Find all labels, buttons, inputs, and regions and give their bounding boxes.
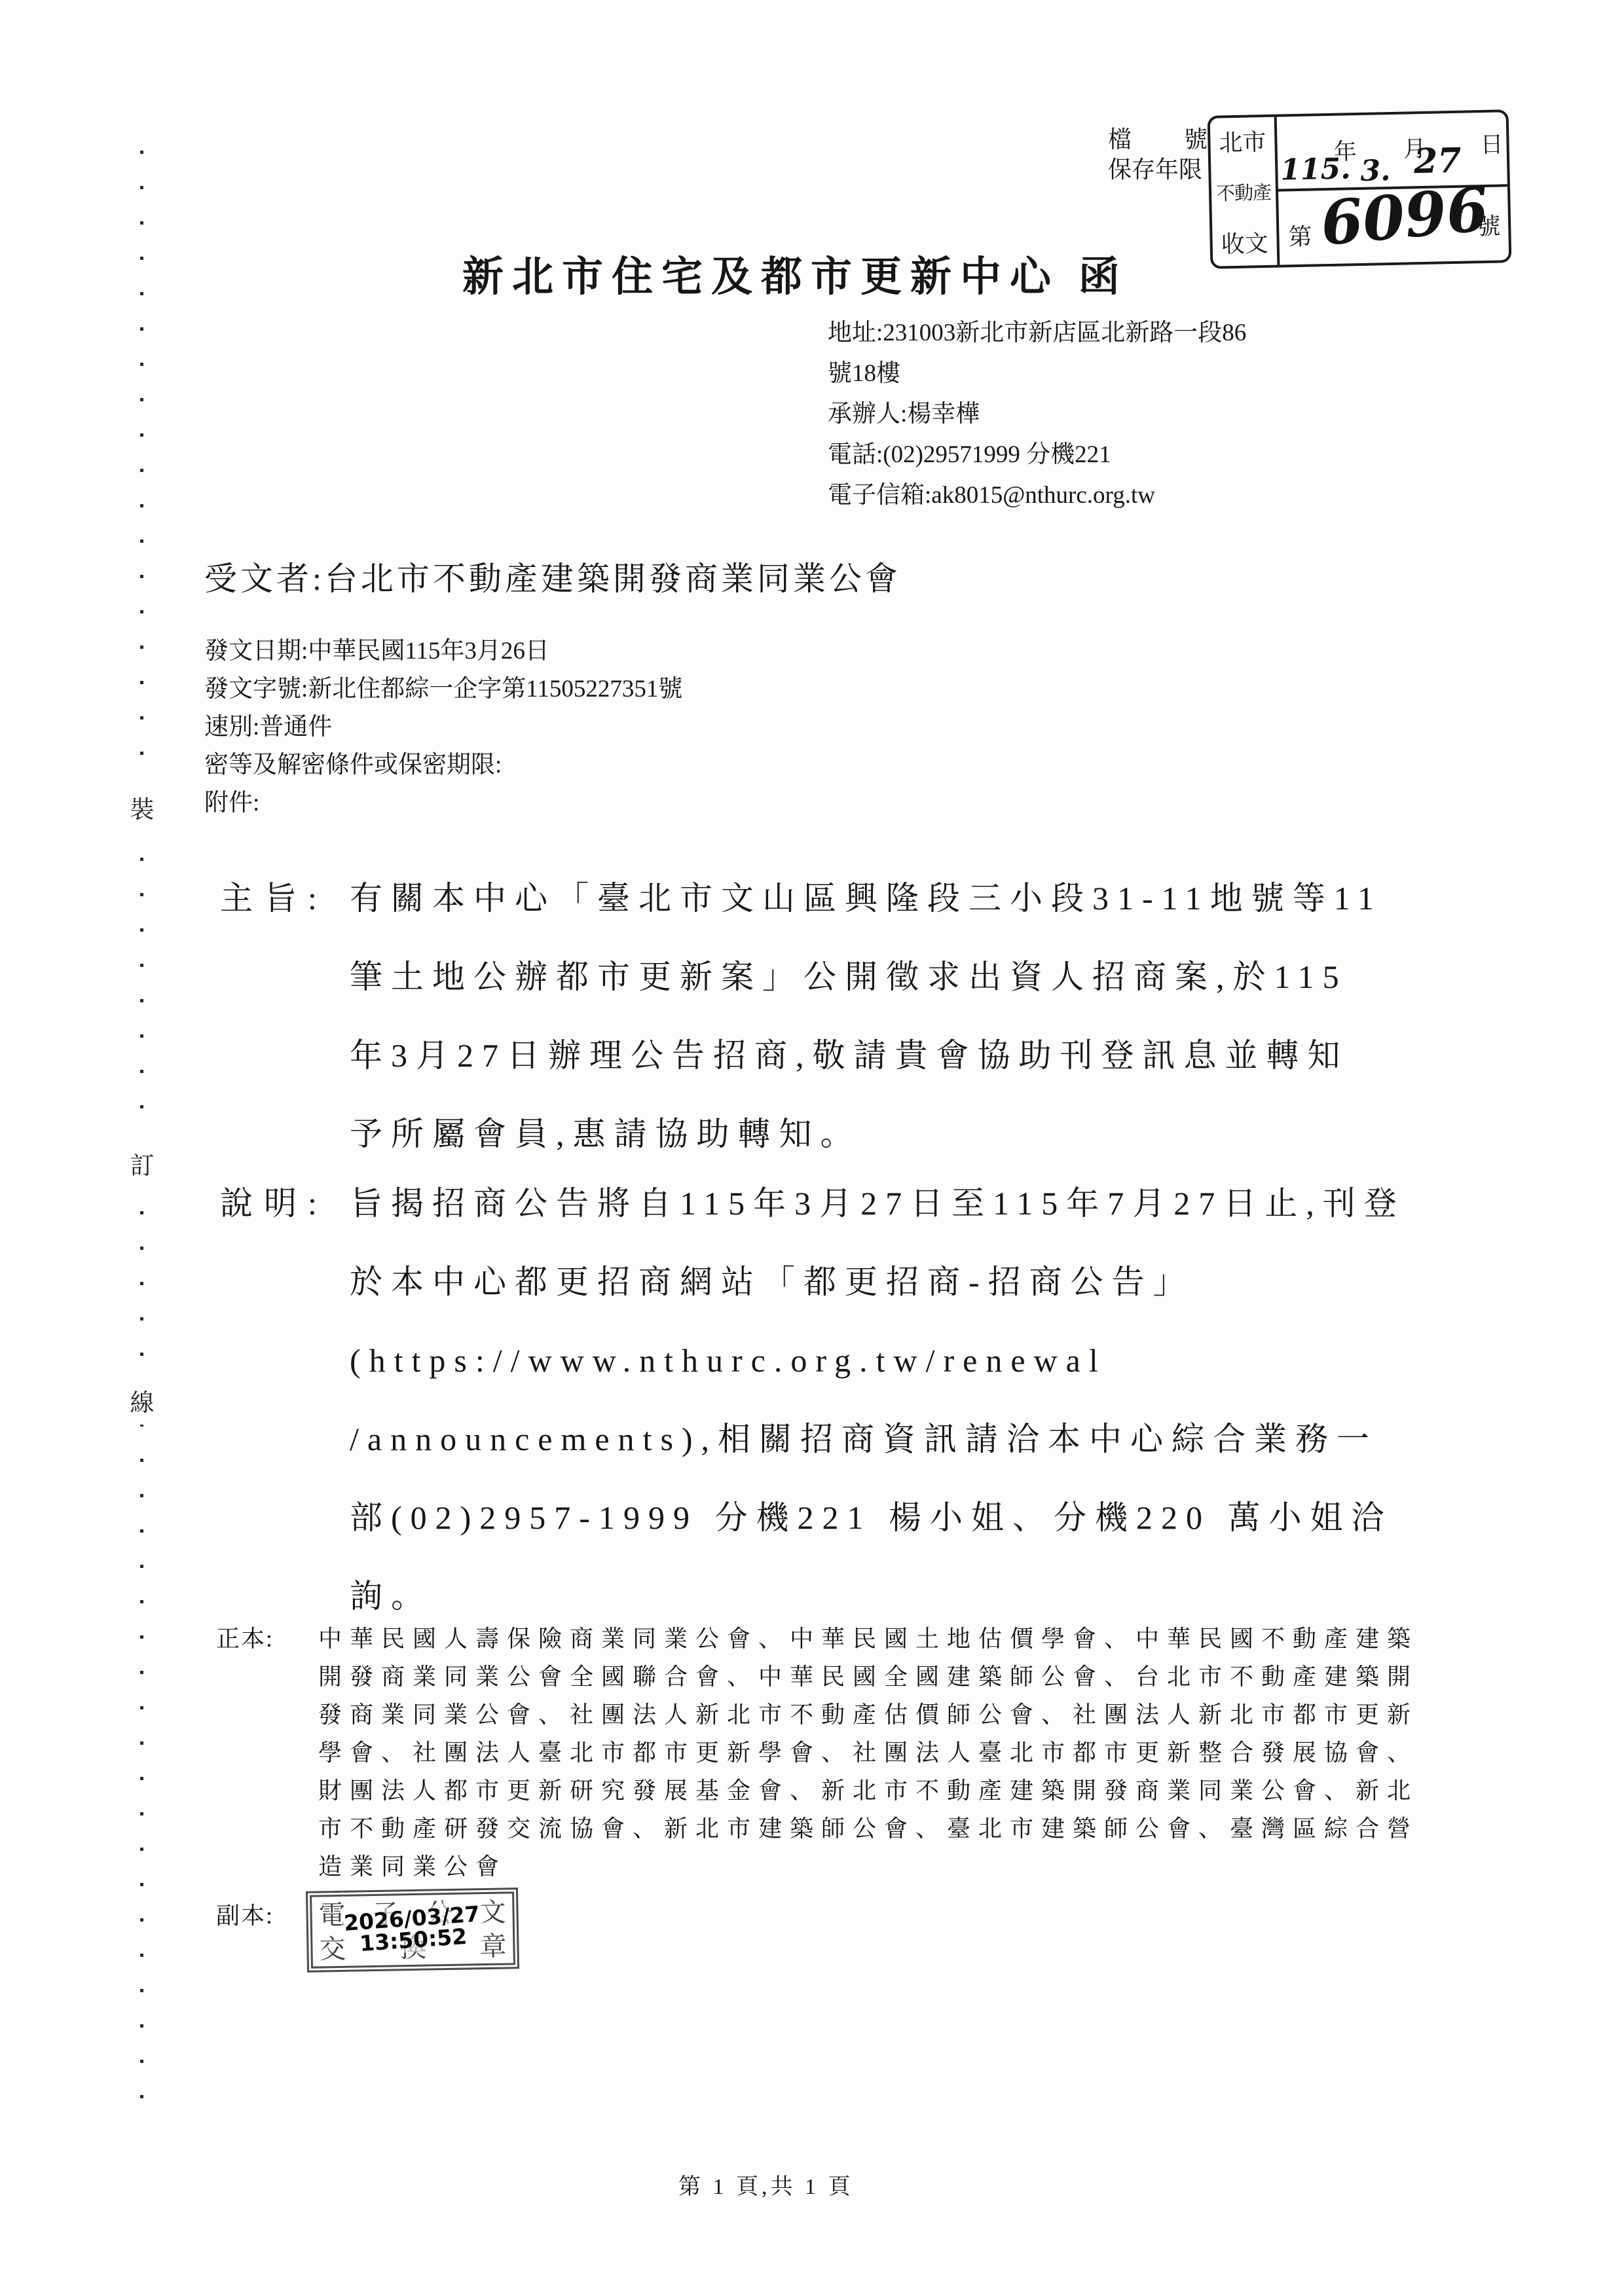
original-copy-line: 財團法人都市更新研究發展基金會、新北市不動產建築開發商業同業公會、新北 [318, 1772, 1459, 1810]
receipt-stamp-org-line3: 收文 [1212, 225, 1277, 260]
e-document-exchange-stamp: 電子公文 交換章 2026/03/27 13:50:52 [306, 1887, 519, 1973]
original-copy-label: 正本: [216, 1620, 318, 1658]
receipt-stamp-day-label: 日 [1480, 126, 1504, 160]
description-line: 於本中心都更招商網站「都更招商-招商公告」 [350, 1243, 1463, 1321]
sender-address-line2: 號18樓 [828, 354, 1246, 394]
original-copy-line: 造業同業公會 [318, 1848, 1459, 1886]
carbon-copy-label: 副本: [216, 1897, 274, 1931]
receipt-stamp-right-area: 年 月 日 115. 3. 27 第 6096 號 [1277, 112, 1509, 264]
sender-info-block: 地址:231003新北市新店區北新路一段86 號18樓 承辦人:楊幸樺 電話:(… [828, 313, 1246, 516]
original-copy-line: 發商業同業公會、社團法人新北市不動產估價師公會、社團法人新北市都市更新 [318, 1696, 1459, 1734]
archive-file-number-row: 檔 號 [1108, 124, 1208, 155]
binding-mark-ding: 訂 [123, 1139, 161, 1188]
description-line: 旨揭招商公告將自115年3月27日至115年7月27日止,刊登 [350, 1164, 1463, 1243]
receipt-number-prefix: 第 [1288, 219, 1312, 253]
original-copy-line: 學會、社團法人臺北市都市更新學會、社團法人臺北市都市更新整合發展協會、 [318, 1734, 1459, 1772]
binding-mark-zhuang: 裝 [123, 783, 161, 831]
meta-doc-number: 發文字號:新北住都綜一企字第11505227351號 [204, 670, 682, 708]
meta-security: 密等及解密條件或保密期限: [204, 746, 682, 784]
binding-mark-xian: 線 [123, 1376, 161, 1425]
page-number: 第 1 頁,共 1 頁 [678, 2168, 854, 2200]
meta-attachment: 附件: [204, 784, 682, 822]
archive-number-label: 檔 號 保存年限 [1108, 124, 1208, 185]
meta-issue-date: 發文日期:中華民國115年3月26日 [204, 632, 682, 670]
original-copy-section: 正本: 中華民國人壽保險商業同業公會、中華民國土地估價學會、中華民國不動產建築 … [216, 1620, 1459, 1886]
document-title: 新北市住宅及都市更新中心 函 [462, 244, 1128, 303]
handwritten-year: 115. [1280, 152, 1351, 187]
meta-block: 發文日期:中華民國115年3月26日 發文字號:新北住都綜一企字第1150522… [204, 632, 682, 822]
original-copy-content: 中華民國人壽保險商業同業公會、中華民國土地估價學會、中華民國不動產建築 開發商業… [318, 1620, 1459, 1886]
sender-phone: 電話:(02)29571999 分機221 [828, 435, 1246, 475]
subject-line: 予所屬會員,惠請協助轉知。 [350, 1095, 1463, 1173]
sender-contact-person: 承辦人:楊幸樺 [828, 394, 1246, 435]
subject-line: 年3月27日辦理公告招商,敬請貴會協助刊登訊息並轉知 [350, 1016, 1463, 1095]
receipt-stamp-org-column: 北市 不動產 收文 [1210, 117, 1280, 266]
sender-email: 電子信箱:ak8015@nthurc.org.tw [828, 475, 1246, 516]
handwritten-receipt-number: 6096 [1318, 179, 1490, 254]
handwritten-day: 27 [1413, 141, 1462, 182]
description-line: 部(02)2957-1999 分機221 楊小姐、分機220 萬小姐洽 [350, 1478, 1463, 1557]
official-letter-page: 裝 訂 線 檔 號 保存年限 北市 不動產 收文 年 月 日 115. 3. 2… [0, 0, 1624, 2296]
receipt-number-suffix: 號 [1477, 208, 1501, 242]
recipient-line: 受文者:台北市不動產建築開發商業同業公會 [204, 553, 901, 600]
receipt-stamp: 北市 不動產 收文 年 月 日 115. 3. 27 第 6096 號 [1208, 109, 1512, 269]
subject-section: 主旨: 有關本中心「臺北市文山區興隆段三小段31-11地號等11 筆土地公辦都市… [220, 859, 1463, 1173]
description-label: 說明: [220, 1164, 350, 1243]
receipt-stamp-number-row: 第 6096 號 [1278, 187, 1509, 264]
sender-address-line1: 地址:231003新北市新店區北新路一段86 [828, 313, 1246, 354]
description-section: 說明: 旨揭招商公告將自115年3月27日至115年7月27日止,刊登 於本中心… [220, 1164, 1463, 1635]
subject-content: 有關本中心「臺北市文山區興隆段三小段31-11地號等11 筆土地公辦都市更新案」… [350, 859, 1463, 1173]
exchange-stamp-datetime: 2026/03/27 13:50:52 [341, 1901, 485, 1957]
receipt-stamp-org-line2: 不動產 [1211, 177, 1276, 206]
description-line: /announcements),相關招商資訊請洽本中心綜合業務一 [350, 1400, 1463, 1478]
original-copy-line: 開發商業同業公會全國聯合會、中華民國全國建築師公會、台北市不動產建築開 [318, 1658, 1459, 1696]
receipt-stamp-org-line1: 北市 [1210, 124, 1275, 158]
subject-line: 有關本中心「臺北市文山區興隆段三小段31-11地號等11 [350, 859, 1463, 938]
original-copy-line: 市不動產研發交流協會、新北市建築師公會、臺北市建築師公會、臺灣區綜合營 [318, 1810, 1459, 1848]
description-line: (https://www.nthurc.org.tw/renewal [350, 1321, 1463, 1400]
archive-retention-label: 保存年限 [1108, 155, 1208, 185]
archive-number-text: 號 [1184, 124, 1208, 155]
meta-speed: 速別:普通件 [204, 708, 682, 746]
subject-line: 筆土地公辦都市更新案」公開徵求出資人招商案,於115 [350, 938, 1463, 1016]
archive-file-label: 檔 [1108, 124, 1132, 155]
original-copy-line: 中華民國人壽保險商業同業公會、中華民國土地估價學會、中華民國不動產建築 [318, 1620, 1459, 1658]
description-content: 旨揭招商公告將自115年3月27日至115年7月27日止,刊登 於本中心都更招商… [350, 1164, 1463, 1635]
subject-label: 主旨: [220, 859, 350, 938]
